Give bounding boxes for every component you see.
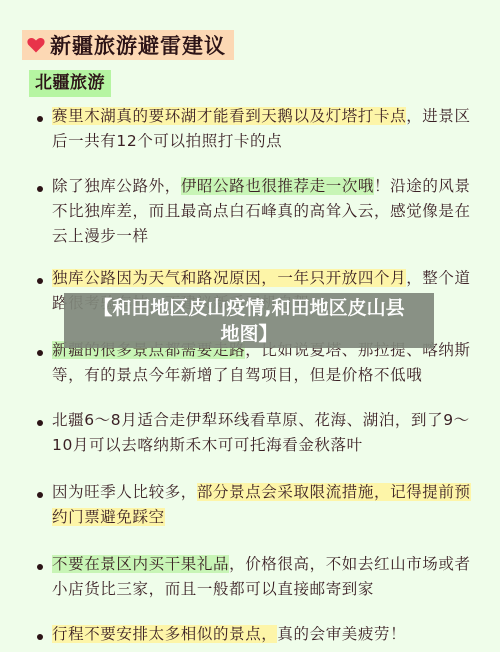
highlighted-text: 行程不要安排太多相似的景点， bbox=[52, 625, 277, 643]
page-title-text: 新疆旅游避雷建议 bbox=[50, 30, 226, 60]
text-segment: 真的会审美疲劳！ bbox=[277, 625, 406, 643]
highlighted-text: 赛里木湖真的要环湖才能看到天鹅以及灯塔打卡点 bbox=[52, 107, 406, 125]
highlighted-text: 不要在景区内买干果礼品 bbox=[52, 555, 229, 573]
bullet-icon bbox=[37, 350, 43, 356]
caption-overlay: 【和田地区皮山疫情,和田地区皮山县 地图】 bbox=[64, 293, 434, 348]
heart-icon bbox=[26, 35, 46, 55]
list-item-text: 除了独库公路外，伊昭公路也很推荐走一次哦！沿途的风景不比独库差，而且最高点白石峰… bbox=[52, 174, 477, 249]
caption-line-2: 地图】 bbox=[64, 321, 434, 347]
highlighted-text: 伊昭公路也很推荐走一次哦 bbox=[181, 177, 374, 195]
bullet-icon bbox=[37, 492, 43, 498]
bullet-icon bbox=[37, 278, 43, 284]
bullet-icon bbox=[37, 634, 43, 640]
text-segment: 因为旺季人比较多， bbox=[52, 483, 197, 501]
bullet-icon bbox=[37, 116, 43, 122]
text-segment: 北疆6～8月适合走伊犁环线看草原、花海、湖泊，到了9～10月可以去喀纳斯禾木可可… bbox=[52, 411, 470, 454]
highlighted-text: 独库公路因为天气和路况原因，一年只开放四个月 bbox=[52, 269, 406, 287]
list-item-text: 因为旺季人比较多，部分景点会采取限流措施，记得提前预约门票避免踩空 bbox=[52, 480, 477, 530]
page-title: 新疆旅游避雷建议 bbox=[22, 30, 234, 60]
list-item-text: 赛里木湖真的要环湖才能看到天鹅以及灯塔打卡点，进景区后一共有12个可以拍照打卡的… bbox=[52, 104, 477, 154]
section-heading: 北疆旅游 bbox=[29, 70, 111, 97]
text-segment: 除了独库公路外， bbox=[52, 177, 181, 195]
list-item-text: 不要在景区内买干果礼品，价格很高，不如去红山市场或者小店货比三家，而且一般都可以… bbox=[52, 552, 477, 602]
bullet-icon bbox=[37, 564, 43, 570]
caption-line-1: 【和田地区皮山疫情,和田地区皮山县 bbox=[64, 295, 434, 321]
article-page: 新疆旅游避雷建议 北疆旅游 赛里木湖真的要环湖才能看到天鹅以及灯塔打卡点，进景区… bbox=[0, 0, 500, 652]
list-item-text: 北疆6～8月适合走伊犁环线看草原、花海、湖泊，到了9～10月可以去喀纳斯禾木可可… bbox=[52, 408, 477, 458]
bullet-icon bbox=[37, 420, 43, 426]
bullet-icon bbox=[37, 186, 43, 192]
list-item-text: 行程不要安排太多相似的景点，真的会审美疲劳！ bbox=[52, 622, 477, 647]
